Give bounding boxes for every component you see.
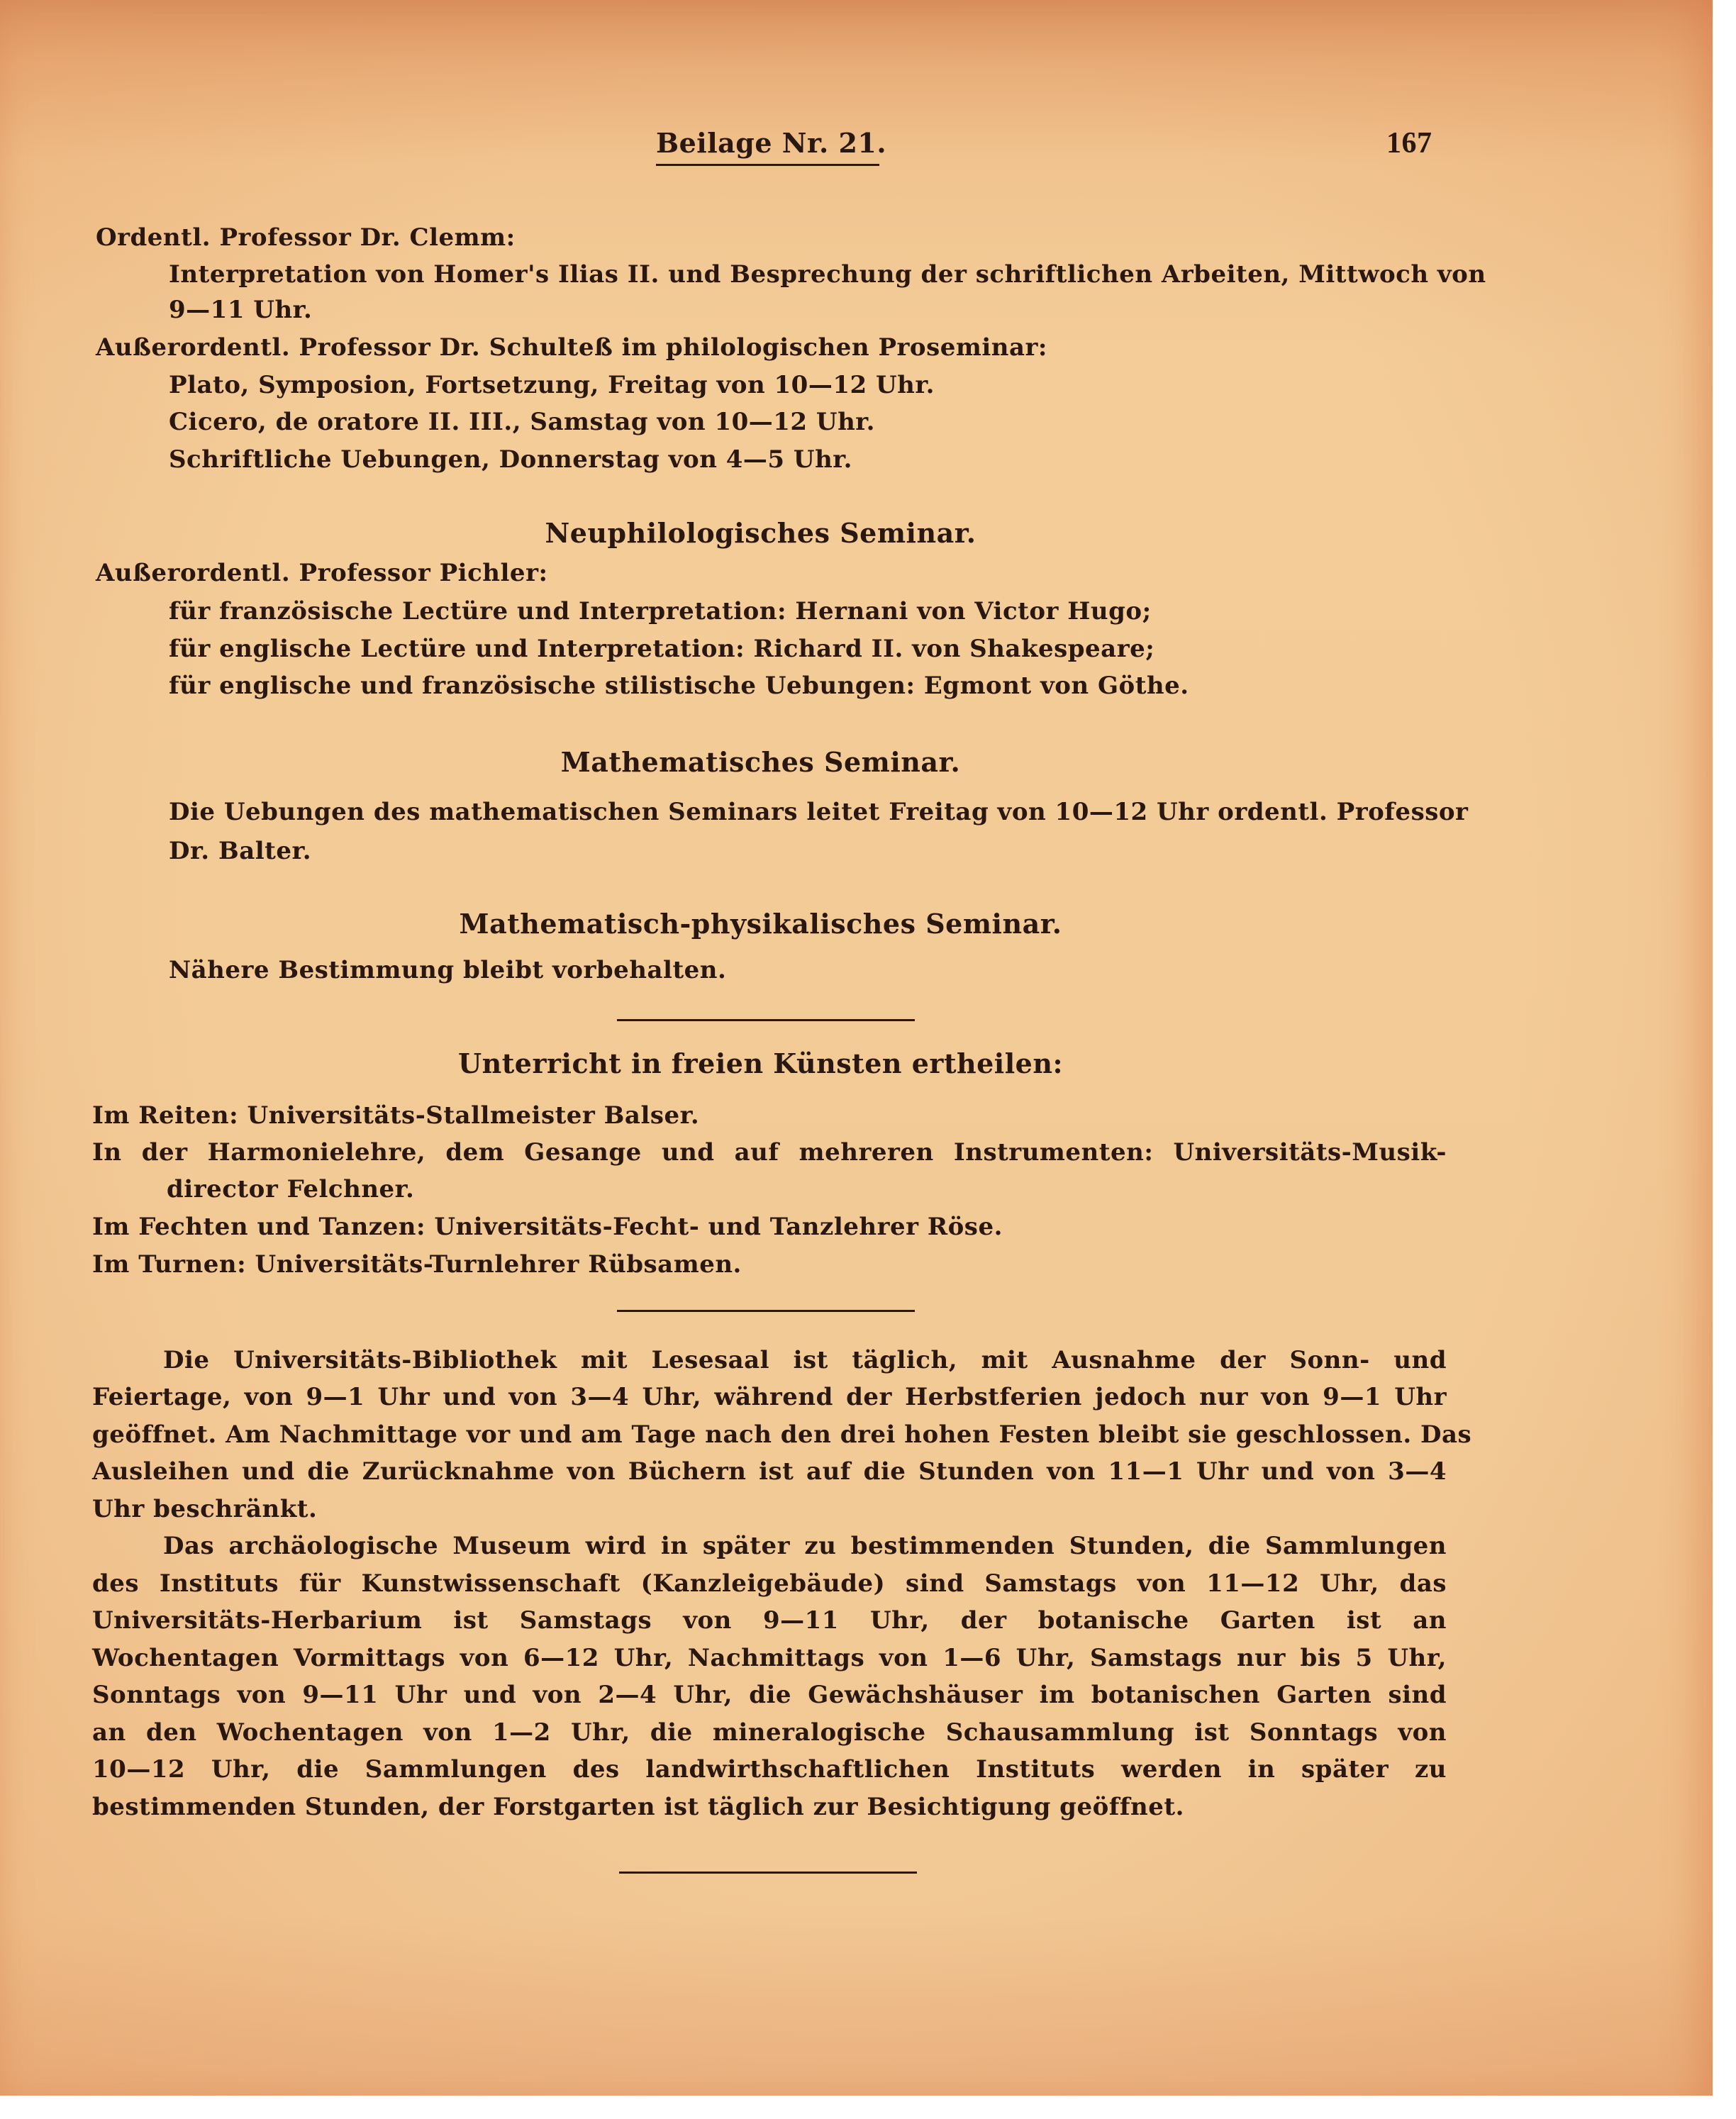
arts-line: Im Reiten: Universitäts-Stallmeister Bal… bbox=[92, 1100, 699, 1131]
header-underline bbox=[656, 164, 879, 166]
library-line: Ausleihen und die Zurücknahme von Bücher… bbox=[92, 1456, 1447, 1487]
pichler-line: für englische Lectüre und Interpretation… bbox=[169, 633, 1154, 664]
math-line: Dr. Balter. bbox=[169, 835, 311, 867]
library-line: Feiertage, von 9—1 Uhr und von 3—4 Uhr, … bbox=[92, 1381, 1447, 1413]
section-divider bbox=[619, 1871, 917, 1874]
collections-line: 10—12 Uhr, die Sammlungen des landwirths… bbox=[92, 1754, 1447, 1785]
header-title: Beilage Nr. 21. bbox=[656, 128, 886, 159]
arts-line: director Felchner. bbox=[167, 1174, 414, 1205]
page-number: 167 bbox=[1386, 128, 1432, 159]
collections-line: Sonntags von 9—11 Uhr und von 2—4 Uhr, d… bbox=[92, 1679, 1447, 1711]
schultess-line: Plato, Symposion, Fortsetzung, Freitag v… bbox=[169, 369, 935, 401]
arts-line: In der Harmonielehre, dem Gesange und au… bbox=[92, 1137, 1447, 1168]
library-line: Uhr beschränkt. bbox=[92, 1494, 317, 1525]
section-title-math: Mathematisches Seminar. bbox=[0, 747, 1521, 778]
clemm-heading: Ordentl. Professor Dr. Clemm: bbox=[96, 222, 516, 253]
library-line: geöffnet. Am Nachmittage vor und am Tage… bbox=[92, 1419, 1447, 1450]
section-title-neuphilologisch: Neuphilologisches Seminar. bbox=[0, 518, 1521, 549]
arts-line: Im Fechten und Tanzen: Universitäts-Fech… bbox=[92, 1211, 1003, 1242]
math-line: Die Uebungen des mathematischen Seminars… bbox=[169, 796, 1445, 828]
collections-line: Wochentagen Vormittags von 6—12 Uhr, Nac… bbox=[92, 1642, 1447, 1674]
arts-line: Im Turnen: Universitäts-Turnlehrer Rübsa… bbox=[92, 1249, 742, 1280]
schultess-heading: Außerordentl. Professor Dr. Schulteß im … bbox=[96, 332, 1047, 363]
clemm-line: 9—11 Uhr. bbox=[169, 294, 312, 326]
schultess-line: Schriftliche Uebungen, Donnerstag von 4—… bbox=[169, 444, 852, 475]
pichler-line: für englische und französische stilistis… bbox=[169, 670, 1189, 701]
pichler-heading: Außerordentl. Professor Pichler: bbox=[96, 557, 548, 589]
library-line: Die Universitäts-Bibliothek mit Lesesaal… bbox=[163, 1345, 1447, 1376]
collections-line: des Instituts für Kunstwissenschaft (Kan… bbox=[92, 1568, 1447, 1599]
schultess-line: Cicero, de oratore II. III., Samstag von… bbox=[169, 406, 875, 438]
section-title-mathphys: Mathematisch-physikalisches Seminar. bbox=[0, 908, 1521, 940]
collections-line: Das archäologische Museum wird in später… bbox=[163, 1530, 1447, 1562]
document-page: Beilage Nr. 21. 167 Ordentl. Professor D… bbox=[0, 0, 1713, 2096]
section-divider bbox=[617, 1019, 915, 1021]
section-divider bbox=[617, 1310, 915, 1312]
pichler-line: für französische Lectüre und Interpretat… bbox=[169, 596, 1152, 627]
collections-line: bestimmenden Stunden, der Forstgarten is… bbox=[92, 1791, 1184, 1823]
clemm-line: Interpretation von Homer's Ilias II. und… bbox=[169, 259, 1445, 290]
collections-line: Universitäts-Herbarium ist Samstags von … bbox=[92, 1605, 1447, 1636]
section-title-arts: Unterricht in freien Künsten ertheilen: bbox=[0, 1048, 1521, 1079]
mathphys-line: Nähere Bestimmung bleibt vorbehalten. bbox=[169, 955, 726, 986]
collections-line: an den Wochentagen von 1—2 Uhr, die mine… bbox=[92, 1717, 1447, 1748]
